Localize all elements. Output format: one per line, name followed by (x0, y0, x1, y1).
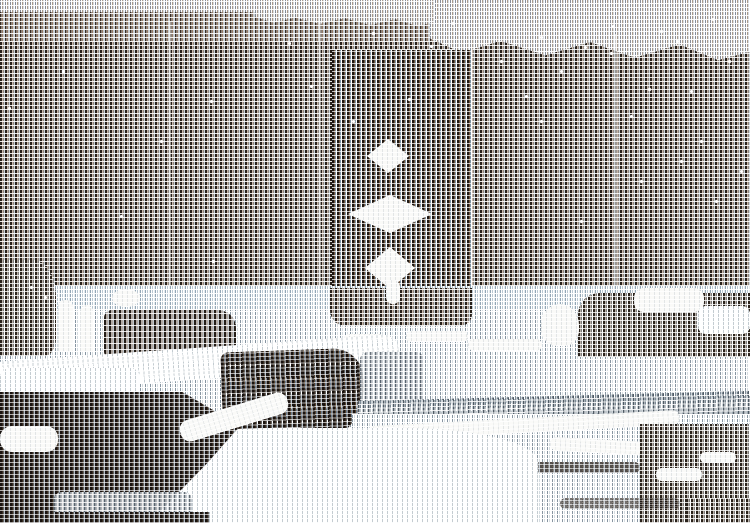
halftone-photo (0, 0, 750, 523)
light-speckle (540, 120, 543, 123)
light-speckle (715, 200, 718, 203)
bottom-dark-right (686, 498, 750, 523)
light-speckle (452, 22, 455, 25)
light-speckle (712, 18, 715, 21)
right-water-ice-1 (656, 468, 702, 481)
bird (541, 304, 579, 346)
trunk-line-2 (319, 22, 321, 294)
light-speckle (648, 88, 651, 91)
light-speckle (288, 42, 291, 45)
light-speckle (728, 60, 731, 63)
forest-foot-center (330, 288, 472, 326)
left-pole-1 (58, 300, 73, 352)
right-snow-cap (634, 288, 704, 312)
light-speckle (690, 90, 693, 93)
light-speckle (700, 140, 703, 143)
light-speckle (8, 107, 11, 110)
white-wisp (386, 280, 400, 304)
light-speckle (44, 296, 47, 299)
light-speckle (160, 140, 163, 143)
light-speckle (30, 286, 33, 289)
left-bush (0, 260, 56, 356)
light-speckle (676, 40, 679, 43)
light-speckle (584, 46, 587, 49)
trunk-line-1 (169, 22, 171, 294)
light-speckle (660, 30, 663, 33)
light-speckle (540, 36, 543, 39)
light-speckle (120, 215, 123, 218)
left-white-blob (112, 289, 140, 307)
right-water-ice-2 (700, 452, 736, 463)
light-speckle (630, 115, 633, 118)
light-speckle (62, 70, 65, 73)
ice-dash-1 (406, 331, 468, 342)
light-speckle (430, 45, 433, 48)
light-speckle (352, 120, 355, 123)
light-speckle (500, 60, 503, 63)
ice-dash-2 (468, 339, 542, 351)
light-speckle (310, 85, 313, 88)
ripple-3 (560, 498, 680, 509)
trunk-line-4 (615, 34, 617, 296)
light-speckle (612, 25, 615, 28)
light-speckle (580, 220, 583, 223)
light-speckle (680, 160, 683, 163)
bottom-dark-left (0, 512, 210, 523)
light-speckle (640, 180, 643, 183)
right-edge-ice (698, 306, 750, 334)
light-speckle (212, 260, 215, 263)
light-speckle (210, 100, 213, 103)
rock-snow-pocket (0, 426, 58, 452)
light-speckle (560, 70, 563, 73)
light-speckle (525, 95, 528, 98)
light-speckle (408, 98, 411, 101)
light-speckle (372, 32, 375, 35)
light-speckle (610, 52, 613, 55)
light-speckle (740, 170, 743, 173)
left-pole-2 (80, 305, 93, 352)
